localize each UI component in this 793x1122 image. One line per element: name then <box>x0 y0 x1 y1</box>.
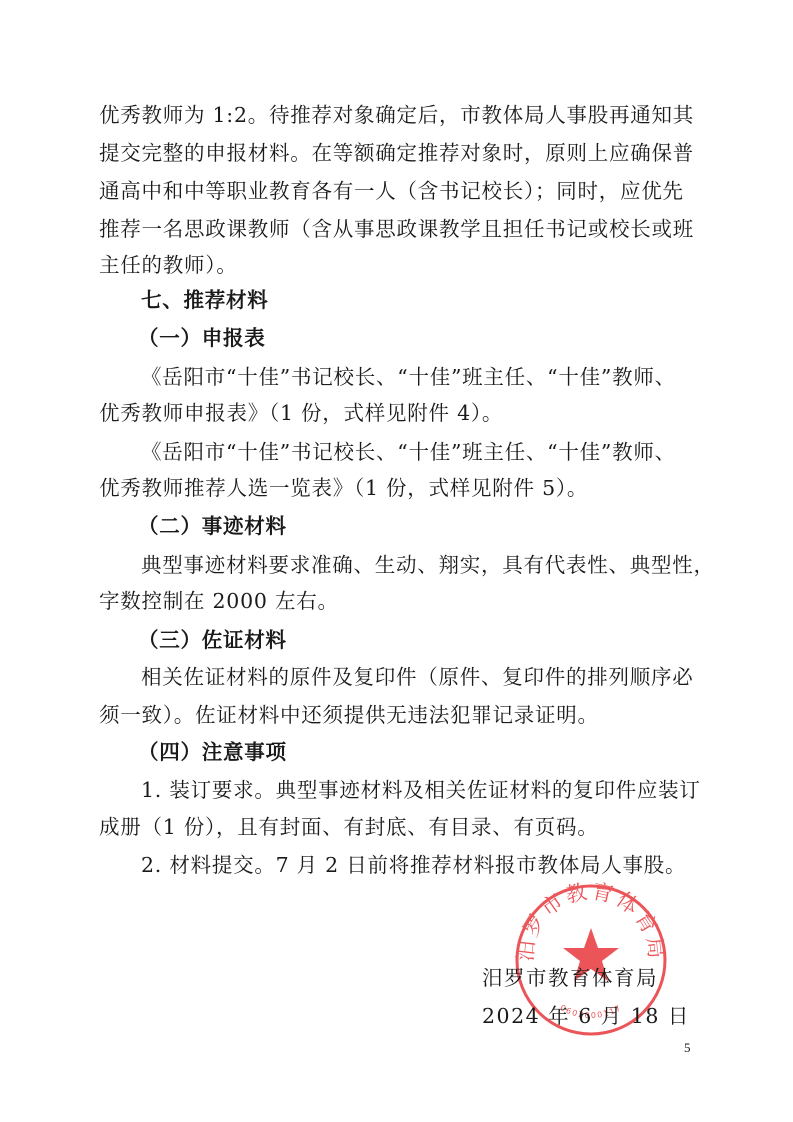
paragraph-line: 须一致）。佐证材料中还须提供无违法犯罪记录证明。 <box>99 702 699 728</box>
paragraph-line: 推荐一名思政课教师（含从事思政课教学且担任书记或校长或班 <box>99 216 699 242</box>
paragraph-line: 优秀教师推荐人选一览表》（1 份，式样见附件 5）。 <box>99 475 699 501</box>
paragraph-line: 提交完整的申报材料。在等额确定推荐对象时，原则上应确保普 <box>99 140 699 166</box>
page-number: 5 <box>684 1040 691 1056</box>
subsection-heading: （三）佐证材料 <box>138 627 738 653</box>
paragraph-line: 通高中和中等职业教育各有一人（含书记校长）；同时，应优先 <box>99 178 699 204</box>
paragraph-line: 《岳阳市“十佳”书记校长、“十佳”班主任、“十佳”教师、 <box>141 439 741 465</box>
paragraph-line: 主任的教师）。 <box>99 252 699 278</box>
paragraph-line: 优秀教师申报表》（1 份，式样见附件 4）。 <box>99 400 699 426</box>
signature-date: 2024 年 6 月 18 日 <box>482 1003 690 1029</box>
document-page: 优秀教师为 1:2。待推荐对象确定后，市教体局人事股再通知其 提交完整的申报材料… <box>0 0 793 1122</box>
paragraph-line: 1. 装订要求。典型事迹材料及相关佐证材料的复印件应装订 <box>141 777 741 803</box>
subsection-heading: （四）注意事项 <box>138 739 738 765</box>
paragraph-line: 成册（1 份），且有封面、有封底、有目录、有页码。 <box>99 814 699 840</box>
paragraph-line: 字数控制在 2000 左右。 <box>99 588 699 614</box>
subsection-heading: （一）申报表 <box>138 325 738 351</box>
paragraph-line: 2. 材料提交。7 月 2 日前将推荐材料报市教体局人事股。 <box>141 852 741 878</box>
paragraph-line: 典型事迹材料要求准确、生动、翔实，具有代表性、典型性， <box>141 552 741 578</box>
section-heading: 七、推荐材料 <box>141 287 741 313</box>
signature-org: 汨罗市教育体育局 <box>482 965 658 991</box>
subsection-heading: （二）事迹材料 <box>138 513 738 539</box>
paragraph-line: 相关佐证材料的原件及复印件（原件、复印件的排列顺序必 <box>141 664 741 690</box>
paragraph-line: 《岳阳市“十佳”书记校长、“十佳”班主任、“十佳”教师、 <box>141 364 741 390</box>
paragraph-line: 优秀教师为 1:2。待推荐对象确定后，市教体局人事股再通知其 <box>99 102 699 128</box>
